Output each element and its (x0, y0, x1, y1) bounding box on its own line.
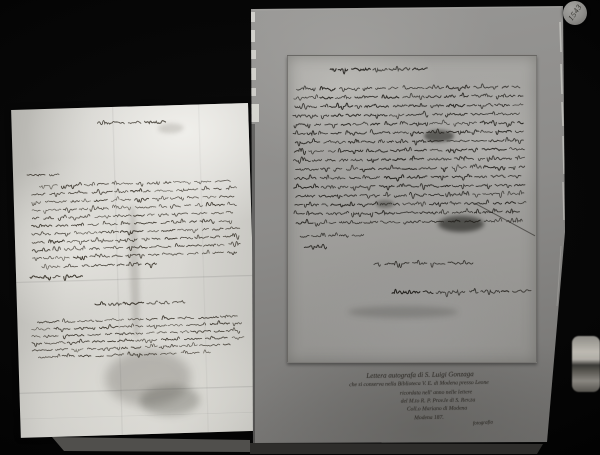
mount-caption-line: fotografia (473, 420, 493, 426)
fold-crease (198, 104, 210, 432)
mount-caption-line: ricordata nell' anno nelle lettere (400, 389, 472, 396)
ink-stain (128, 204, 141, 339)
ink-stain (139, 385, 200, 417)
archive-number-label: 1543 (563, 1, 587, 25)
fold-crease (20, 412, 257, 420)
mount-board: Lettera autografa di S. Luigi Gonzagache… (251, 6, 566, 443)
archive-number-text: 1543 (566, 3, 584, 23)
stand-clamp (572, 336, 600, 392)
mount-caption: Lettera autografa di S. Luigi Gonzagache… (251, 6, 566, 443)
archival-photograph: Lettera autografa di S. Luigi Gonzagache… (0, 0, 600, 455)
left-letter-page (11, 103, 258, 438)
mount-caption-line: che si conserva nella Biblioteca V. E. d… (349, 380, 489, 388)
mount-caption-line: Lettera autografa di S. Luigi Gonzaga (366, 370, 473, 380)
mount-caption-line: Modena 187. (414, 415, 444, 422)
ink-stain (158, 123, 184, 134)
mount-caption-line: del M.to R. P. Prov.le di S. Rev.za (401, 397, 476, 404)
mount-caption-line: Coll.o Mariano di Modena (407, 405, 467, 412)
